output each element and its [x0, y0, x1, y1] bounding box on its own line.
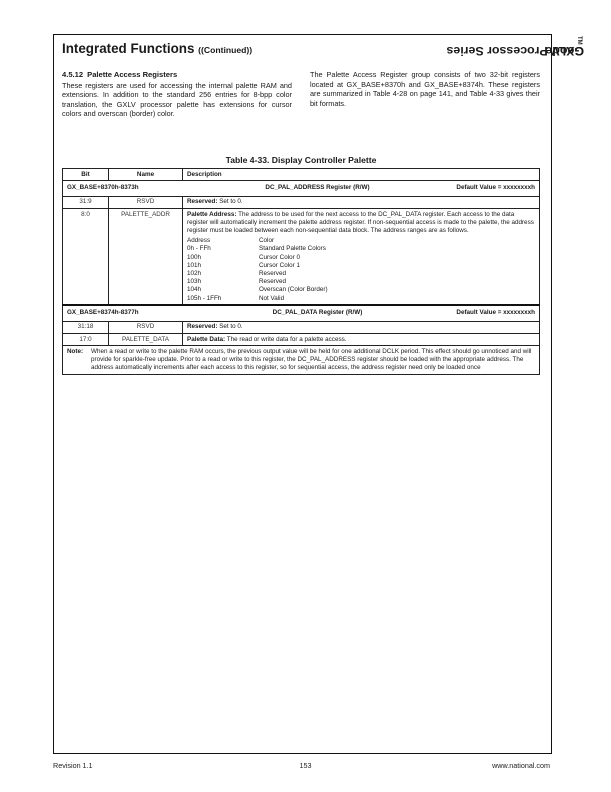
register-address: GX_BASE+8374h-8377h	[67, 309, 139, 317]
side-title: GeodeTM GXLV Processor Series	[562, 36, 592, 256]
address-map-color: Not Valid	[259, 295, 535, 303]
register-table: Bit Name Description GX_BASE+8370h-8373h…	[62, 168, 540, 375]
right-column: The Palette Access Register group consis…	[310, 70, 540, 108]
address-map-address: 102h	[187, 270, 259, 278]
address-map-color: Overscan (Color Border)	[259, 286, 535, 294]
table-note-row: Note: When a read or write to the palett…	[63, 346, 540, 375]
footer-website: www.national.com	[492, 761, 550, 770]
register-default: Default Value = xxxxxxxxh	[456, 309, 535, 317]
address-map-color: Cursor Color 0	[259, 254, 535, 262]
name-cell: PALETTE_ADDR	[109, 208, 183, 305]
page-title-text: Integrated Functions	[62, 41, 194, 56]
table-row: 8:0 PALETTE_ADDR Palette Address: The ad…	[63, 208, 540, 305]
address-map-header-address: Address	[187, 237, 259, 245]
page-title: Integrated Functions ((Continued))	[62, 41, 252, 56]
section-number: 4.5.12	[62, 70, 83, 79]
address-map-color: Reserved	[259, 270, 535, 278]
description-cell: Reserved: Set to 0.	[183, 196, 540, 208]
bit-cell: 31:18	[63, 321, 109, 333]
left-paragraph: These registers are used for accessing t…	[62, 81, 292, 119]
register-section-row: GX_BASE+8370h-8373h DC_PAL_ADDRESS Regis…	[63, 181, 540, 196]
bit-cell: 8:0	[63, 208, 109, 305]
name-cell: RSVD	[109, 321, 183, 333]
register-name: DC_PAL_DATA Register (R/W)	[139, 309, 457, 317]
address-map: AddressColor0h - FFhStandard Palette Col…	[187, 237, 535, 303]
address-map-address: 101h	[187, 262, 259, 270]
description-cell: Palette Address: The address to be used …	[183, 208, 540, 305]
address-map-address: 105h - 1FFh	[187, 295, 259, 303]
right-paragraph: The Palette Access Register group consis…	[310, 70, 540, 108]
table-caption: Table 4-33. Display Controller Palette	[62, 155, 540, 165]
header-bit: Bit	[63, 169, 109, 181]
address-map-address: 104h	[187, 286, 259, 294]
description-cell: Palette Data: The read or write data for…	[183, 334, 540, 346]
register-name: DC_PAL_ADDRESS Register (R/W)	[139, 184, 457, 192]
note-text: When a read or write to the palette RAM …	[91, 348, 535, 373]
address-map-address: 100h	[187, 254, 259, 262]
page-frame	[53, 34, 552, 754]
table-row: 31:9 RSVD Reserved: Set to 0.	[63, 196, 540, 208]
name-cell: RSVD	[109, 196, 183, 208]
address-map-address: 0h - FFh	[187, 245, 259, 253]
address-map-header-color: Color	[259, 237, 535, 245]
section-heading-text: Palette Access Registers	[87, 70, 177, 79]
bit-cell: 31:9	[63, 196, 109, 208]
address-map-address: 103h	[187, 278, 259, 286]
table-header-row: Bit Name Description	[63, 169, 540, 181]
address-map-color: Standard Palette Colors	[259, 245, 535, 253]
name-cell: PALETTE_DATA	[109, 334, 183, 346]
left-column: 4.5.12Palette Access Registers These reg…	[62, 70, 292, 119]
bit-cell: 17:0	[63, 334, 109, 346]
section-heading: 4.5.12Palette Access Registers	[62, 70, 292, 80]
note-label: Note:	[67, 348, 91, 373]
register-section-row: GX_BASE+8374h-8377h DC_PAL_DATA Register…	[63, 305, 540, 321]
table-row: 17:0 PALETTE_DATA Palette Data: The read…	[63, 334, 540, 346]
header-name: Name	[109, 169, 183, 181]
register-default: Default Value = xxxxxxxxh	[456, 184, 535, 192]
table-row: 31:18 RSVD Reserved: Set to 0.	[63, 321, 540, 333]
address-map-color: Cursor Color 1	[259, 262, 535, 270]
description-cell: Reserved: Set to 0.	[183, 321, 540, 333]
page-title-suffix: ((Continued))	[198, 45, 252, 55]
address-map-color: Reserved	[259, 278, 535, 286]
register-address: GX_BASE+8370h-8373h	[67, 184, 139, 192]
header-description: Description	[183, 169, 540, 181]
